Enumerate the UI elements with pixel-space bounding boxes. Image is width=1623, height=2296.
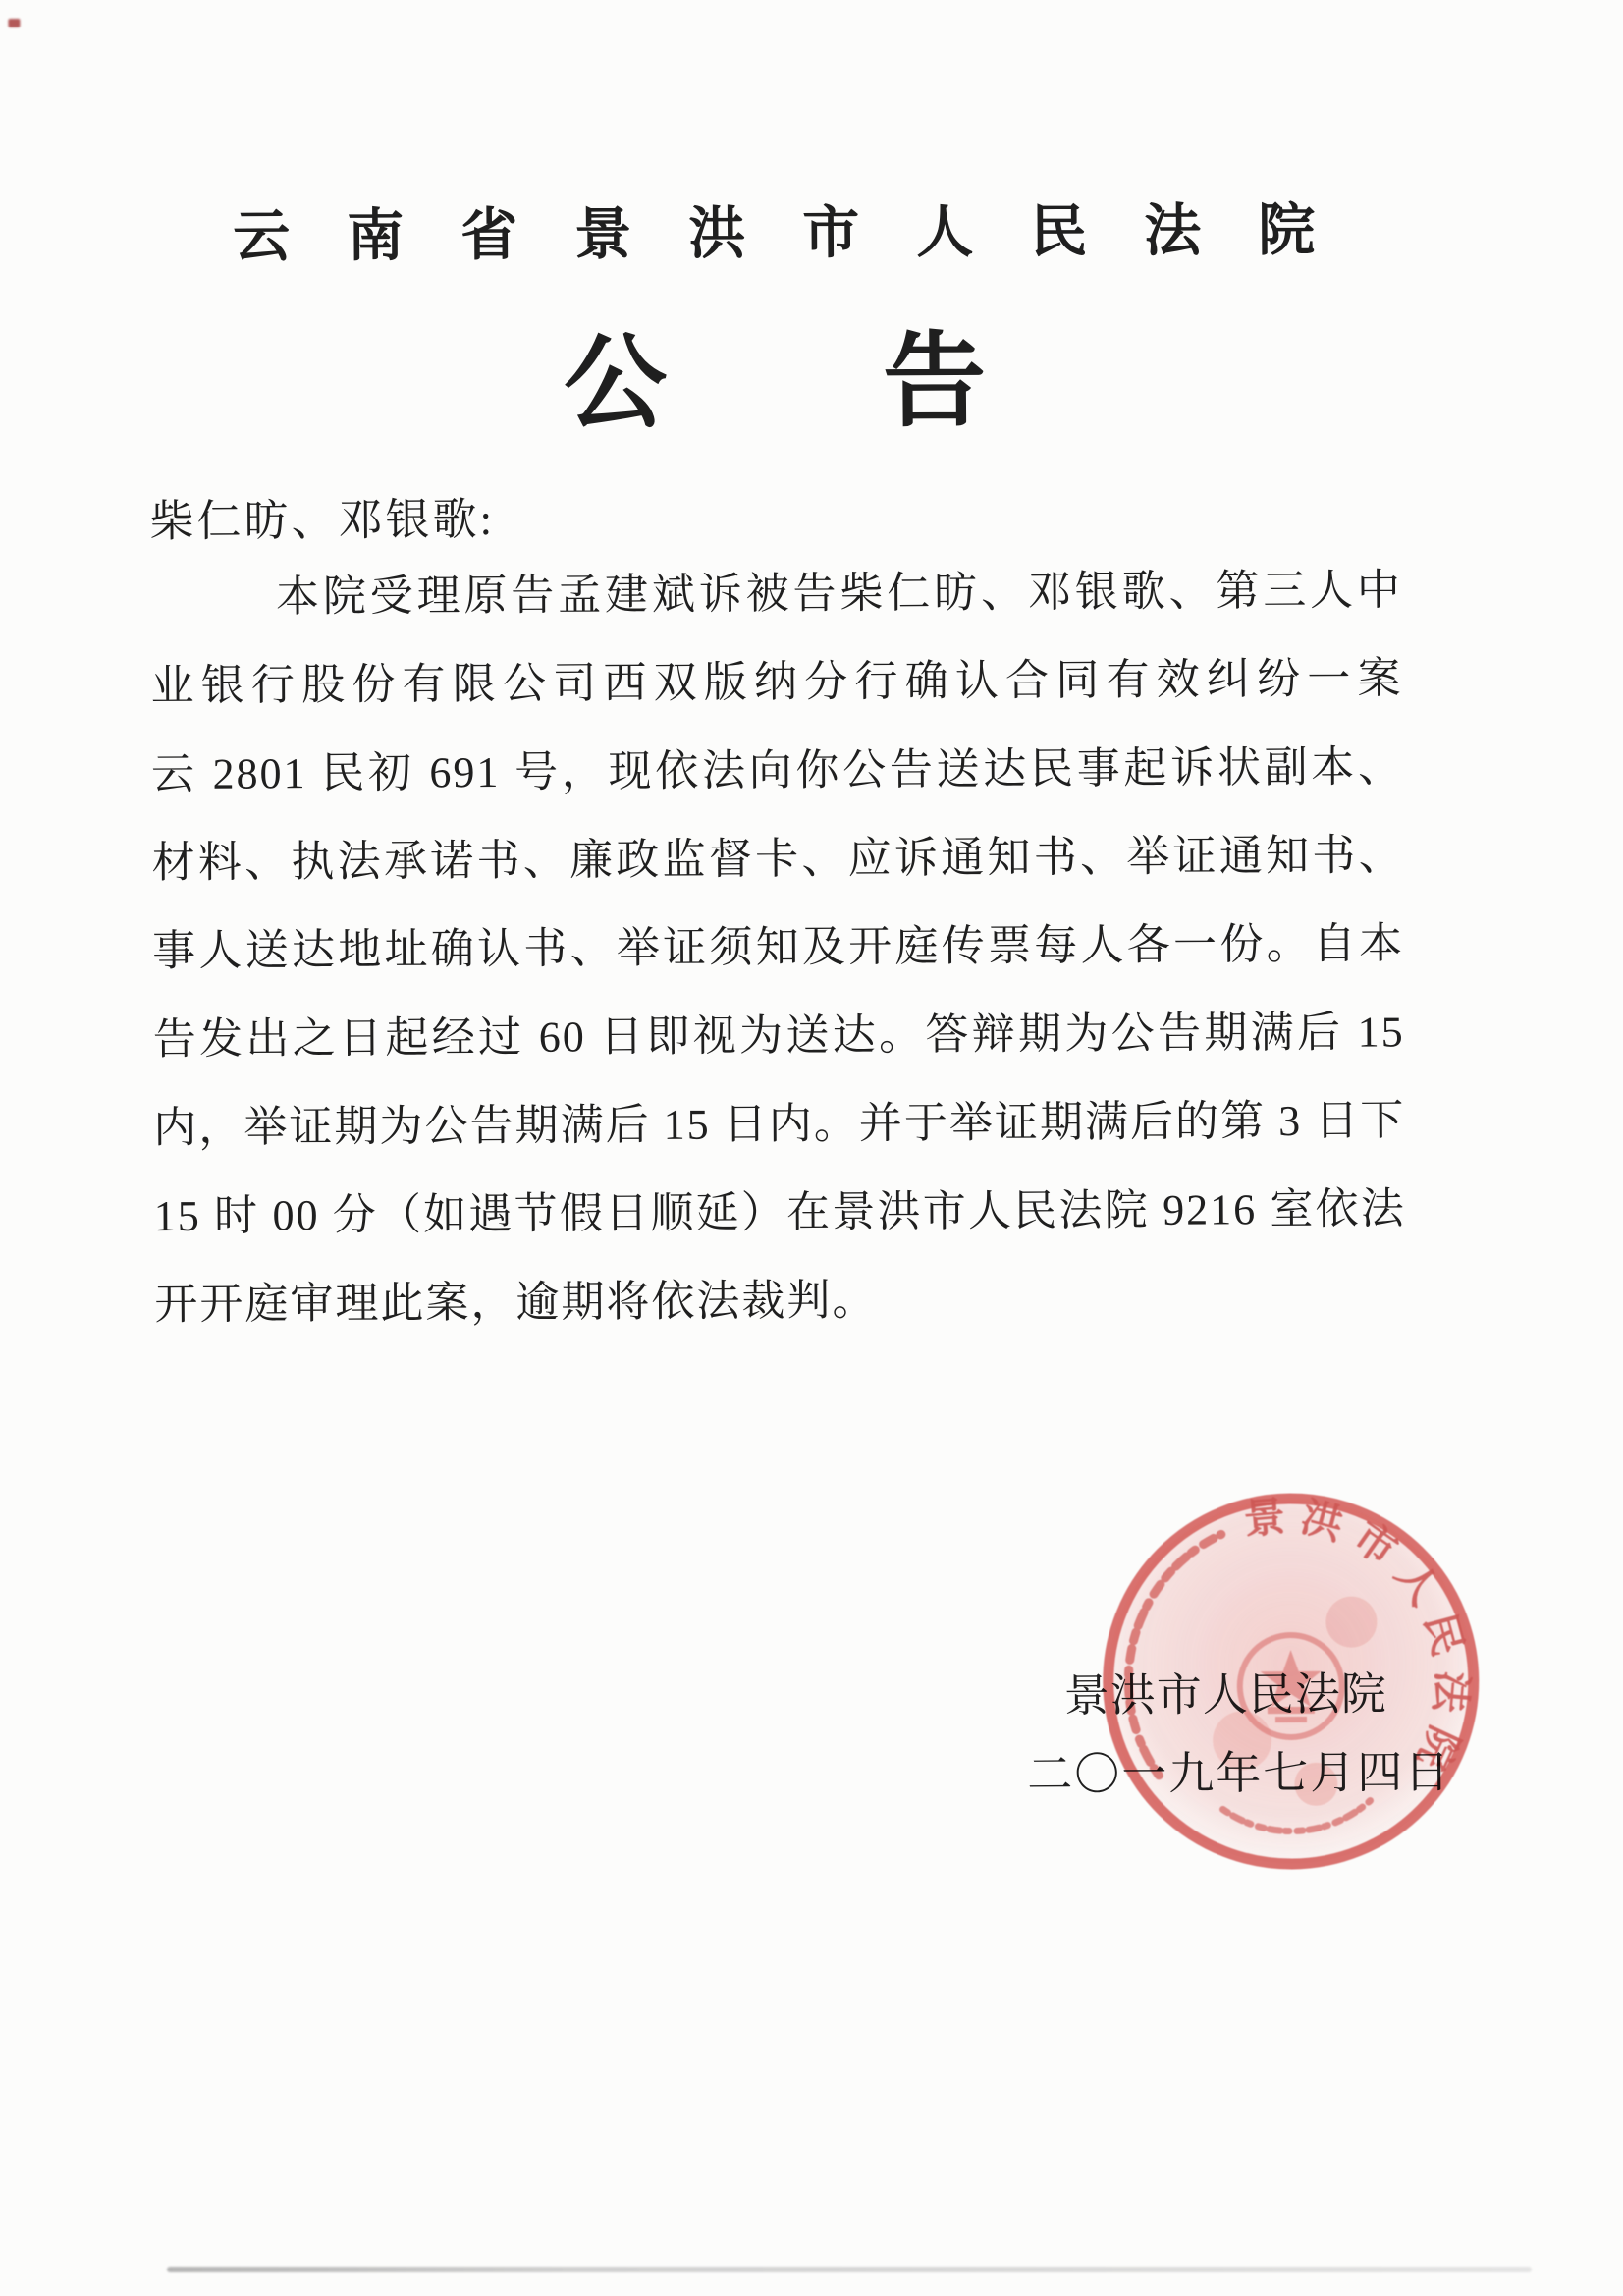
- body-line: 云 2801 民初 691 号，现依法向你公告送达民事起诉状副本、证据: [151, 723, 1404, 819]
- document-content: 云南省景洪市人民法院 公告 柴仁昉、邓银歌: 本院受理原告孟建斌诉被告柴仁昉、邓…: [0, 0, 1623, 2296]
- scanned-court-notice-page: 云南省景洪市人民法院 公告 柴仁昉、邓银歌: 本院受理原告孟建斌诉被告柴仁昉、邓…: [0, 0, 1623, 2296]
- body-line: 本院受理原告孟建斌诉被告柴仁昉、邓银歌、第三人中国农: [150, 546, 1403, 642]
- seal-ink-blotch: [1325, 1596, 1377, 1647]
- scan-artifact-corner: [8, 19, 20, 27]
- notice-body: 本院受理原告孟建斌诉被告柴仁昉、邓银歌、第三人中国农 业银行股份有限公司西双版纳…: [150, 546, 1407, 1349]
- body-line: 事人送达地址确认书、举证须知及开庭传票每人各一份。自本公: [152, 900, 1405, 996]
- body-line: 材料、执法承诺书、廉政监督卡、应诉通知书、举证通知书、当: [151, 811, 1404, 907]
- court-name-header: 云南省景洪市人民法院: [147, 183, 1399, 273]
- notice-title: 公告: [148, 296, 1401, 452]
- body-line: 业银行股份有限公司西双版纳分行确认合同有效纠纷一案（2019）: [150, 634, 1403, 731]
- body-line: 内，举证期为公告期满后 15 日内。并于举证期满后的第 3 日下午: [153, 1076, 1406, 1173]
- seal-ink-blotch: [1213, 1711, 1271, 1770]
- official-court-seal: 景洪市人民法院: [1094, 1484, 1488, 1879]
- seal-ink-blotch: [1294, 1763, 1337, 1806]
- body-line: 告发出之日起经过 60 日即视为送达。答辩期为公告期满后 15 日: [152, 988, 1405, 1084]
- body-line: 开开庭审理此案，逾期将依法裁判。: [154, 1253, 1407, 1349]
- addressee-line: 柴仁昉、邓银歌:: [149, 483, 495, 549]
- scan-artifact-bottom-line: [167, 2267, 1532, 2272]
- body-line: 15 时 00 分（如遇节假日顺延）在景洪市人民法院 9216 室依法公: [154, 1165, 1407, 1261]
